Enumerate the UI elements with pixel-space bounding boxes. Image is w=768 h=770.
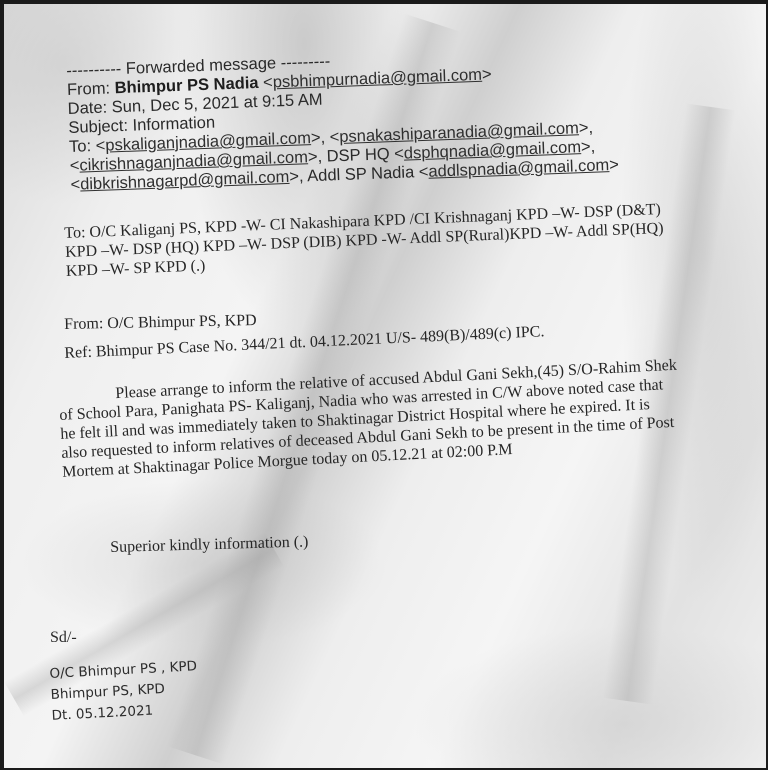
document-photo-frame: ---------- Forwarded message --------- F…: [0, 0, 768, 770]
date-label: Date:: [67, 99, 107, 118]
subject-label: Subject:: [68, 117, 128, 137]
from-label: From:: [67, 79, 111, 99]
subject-value: Information: [132, 114, 215, 135]
recipient-name: Addl SP Nadia: [307, 163, 415, 185]
forwarded-email-header: ---------- Forwarded message --------- F…: [66, 42, 619, 195]
signature-block: O/C Bhimpur PS , KPD Bhimpur PS, KPD Dt.…: [49, 656, 200, 727]
recipient-name: DSP HQ: [326, 145, 390, 165]
to-label: To:: [69, 137, 92, 156]
memo-from-line: From: O/C Bhimpur PS, KPD: [64, 311, 257, 334]
signature-sd: Sd/-: [50, 629, 77, 647]
